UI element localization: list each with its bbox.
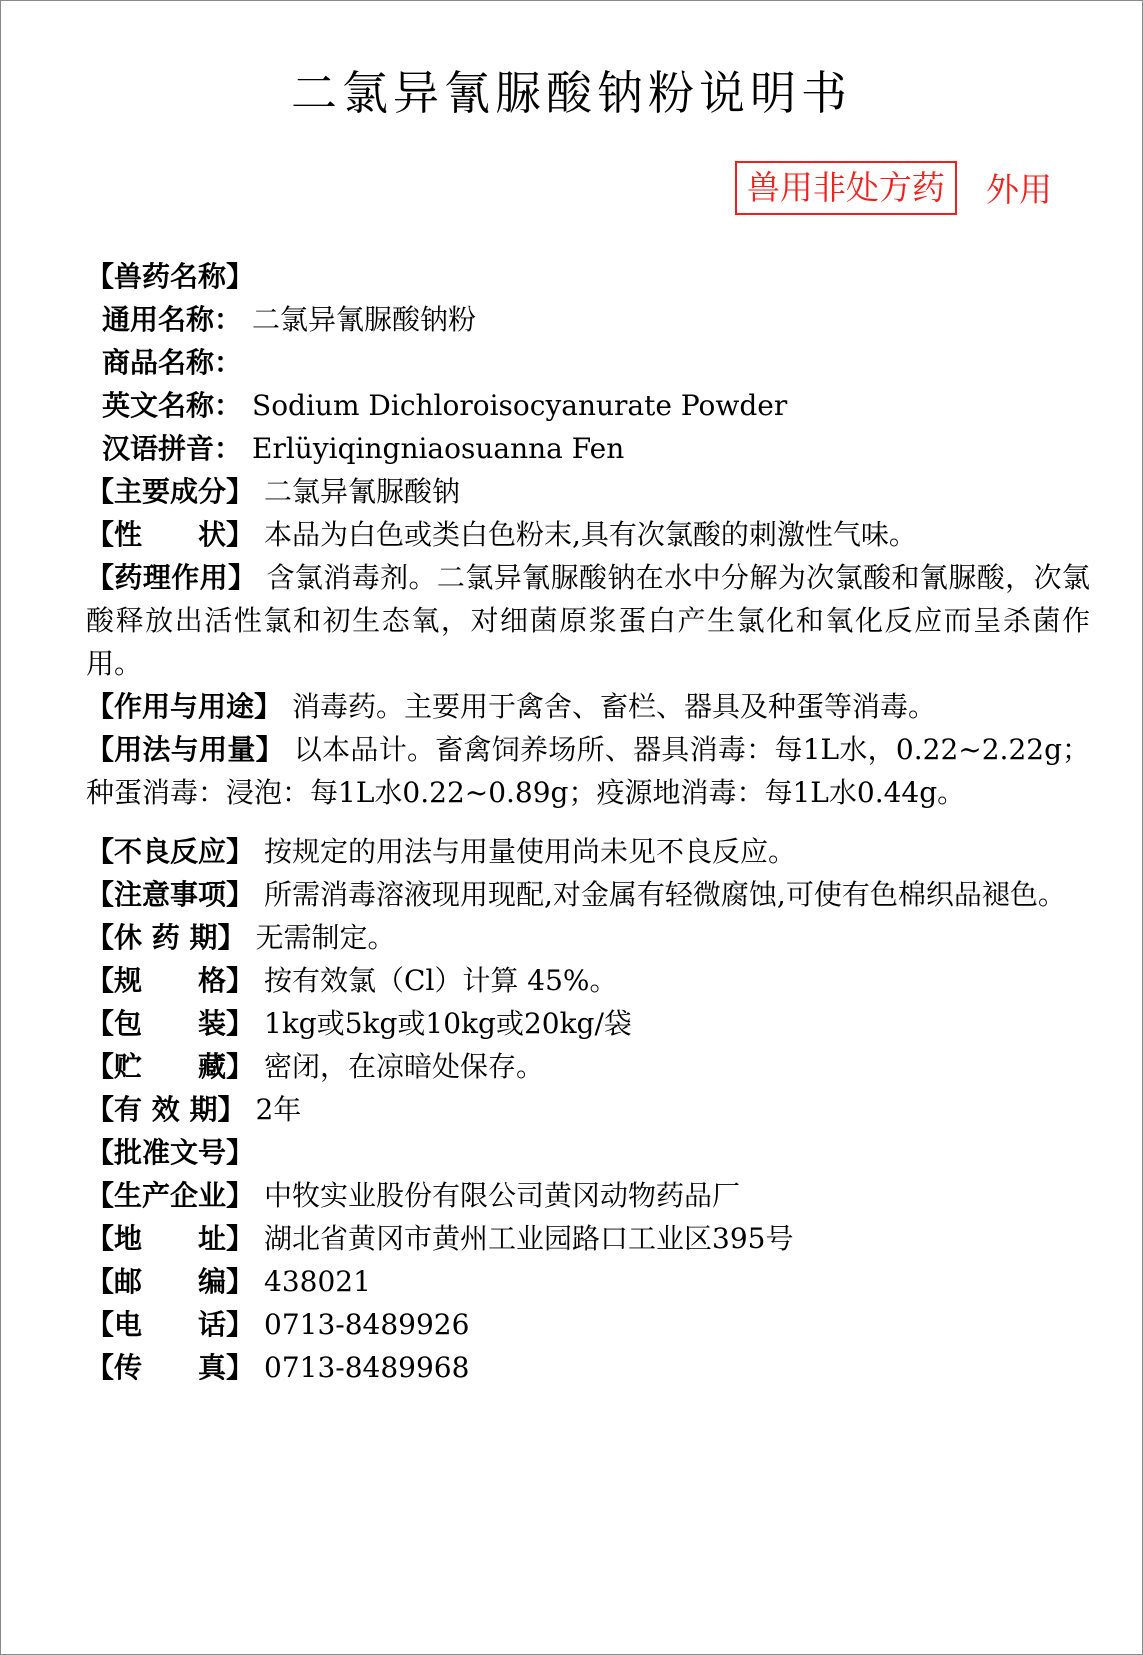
entry-label: 【批准文号】 bbox=[86, 1136, 254, 1169]
entry-row: 【注意事项】所需消毒溶液现用现配,对金属有轻微腐蚀,可使有色棉织品褪色。 bbox=[86, 873, 1090, 916]
entry-label: 【用法与用量】 bbox=[86, 733, 284, 766]
badge-row: 兽用非处方药 外用 bbox=[1, 161, 1142, 219]
entry-value: 1kg或5kg或10kg或20kg/袋 bbox=[264, 1007, 632, 1040]
entry-value: 2年 bbox=[256, 1093, 302, 1126]
entry-row: 【邮 编】438021 bbox=[86, 1260, 1090, 1303]
entry-label: 【地 址】 bbox=[86, 1222, 254, 1255]
entry-value: 按有效氯（Cl）计算 45%。 bbox=[264, 964, 618, 997]
entry-label: 【有 效 期】 bbox=[86, 1093, 246, 1126]
entry-row: 通用名称：二氯异氰脲酸钠粉 bbox=[86, 298, 1090, 341]
entry-value: 无需制定。 bbox=[256, 921, 396, 954]
entry-label: 【传 真】 bbox=[86, 1351, 254, 1384]
entry-row: 【休 药 期】无需制定。 bbox=[86, 916, 1090, 959]
entry-row: 【药理作用】含氯消毒剂。二氯异氰脲酸钠在水中分解为次氯酸和氰脲酸，次氯酸释放出活… bbox=[86, 556, 1090, 685]
entry-value: 本品为白色或类白色粉末,具有次氯酸的刺激性气味。 bbox=[264, 518, 917, 551]
entry-value: 438021 bbox=[264, 1265, 371, 1298]
entry-row: 【贮 藏】密闭，在凉暗处保存。 bbox=[86, 1045, 1090, 1088]
entry-list: 【兽药名称】 通用名称：二氯异氰脲酸钠粉 商品名称： 英文名称：Sodium D… bbox=[1, 219, 1142, 1389]
entry-row: 【生产企业】中牧实业股份有限公司黄冈动物药品厂 bbox=[86, 1174, 1090, 1217]
entry-label: 【注意事项】 bbox=[86, 878, 254, 911]
entry-value: 二氯异氰脲酸钠 bbox=[264, 475, 460, 508]
entry-label: 汉语拼音： bbox=[102, 432, 242, 465]
entry-value: 0713-8489968 bbox=[264, 1351, 469, 1384]
entry-row: 【批准文号】 bbox=[86, 1131, 1090, 1174]
entry-label: 英文名称： bbox=[102, 389, 242, 422]
entry-row: 【作用与用途】消毒药。主要用于禽舍、畜栏、器具及种蛋等消毒。 bbox=[86, 685, 1090, 728]
entry-row: 【用法与用量】以本品计。畜禽饲养场所、器具消毒：每1L水，0.22~2.22g；… bbox=[86, 728, 1090, 814]
entry-label: 【药理作用】 bbox=[86, 561, 256, 594]
entry-label: 【不良反应】 bbox=[86, 835, 254, 868]
entry-value: 0713-8489926 bbox=[264, 1308, 469, 1341]
entry-value: Sodium Dichloroisocyanurate Powder bbox=[252, 389, 787, 422]
entry-row: 【包 装】1kg或5kg或10kg或20kg/袋 bbox=[86, 1002, 1090, 1045]
entry-value: 二氯异氰脲酸钠粉 bbox=[252, 303, 476, 336]
entry-value: 中牧实业股份有限公司黄冈动物药品厂 bbox=[264, 1179, 740, 1212]
entry-row: 【有 效 期】2年 bbox=[86, 1088, 1090, 1131]
entry-label: 【主要成分】 bbox=[86, 475, 254, 508]
entry-row: 【传 真】0713-8489968 bbox=[86, 1346, 1090, 1389]
entry-label: 【作用与用途】 bbox=[86, 690, 282, 723]
entry-row: 【规 格】按有效氯（Cl）计算 45%。 bbox=[86, 959, 1090, 1002]
entry-label: 【包 装】 bbox=[86, 1007, 254, 1040]
entry-row: 英文名称：Sodium Dichloroisocyanurate Powder bbox=[86, 384, 1090, 427]
entry-label: 商品名称： bbox=[102, 346, 242, 379]
entry-row: 【性 状】本品为白色或类白色粉末,具有次氯酸的刺激性气味。 bbox=[86, 513, 1090, 556]
entry-row: 【主要成分】二氯异氰脲酸钠 bbox=[86, 470, 1090, 513]
entry-label: 【电 话】 bbox=[86, 1308, 254, 1341]
entry-label: 【生产企业】 bbox=[86, 1179, 254, 1212]
entry-row: 【地 址】湖北省黄冈市黄州工业园路口工业区395号 bbox=[86, 1217, 1090, 1260]
entry-row: 汉语拼音：Erlüyiqingniaosuanna Fen bbox=[86, 427, 1090, 470]
entry-label: 【性 状】 bbox=[86, 518, 254, 551]
entry-label: 【休 药 期】 bbox=[86, 921, 246, 954]
drug-instruction-sheet: 二氯异氰脲酸钠粉说明书 兽用非处方药 外用 【兽药名称】 通用名称：二氯异氰脲酸… bbox=[0, 0, 1143, 1655]
entry-value: 消毒药。主要用于禽舍、畜栏、器具及种蛋等消毒。 bbox=[292, 690, 936, 723]
otc-classification-badge: 兽用非处方药 bbox=[735, 161, 957, 215]
external-use-badge: 外用 bbox=[986, 164, 1052, 211]
page-title: 二氯异氰脲酸钠粉说明书 bbox=[1, 57, 1142, 123]
entry-label: 【邮 编】 bbox=[86, 1265, 254, 1298]
entry-row: 【不良反应】按规定的用法与用量使用尚未见不良反应。 bbox=[86, 830, 1090, 873]
entry-label: 【兽药名称】 bbox=[86, 260, 254, 293]
entry-label: 【贮 藏】 bbox=[86, 1050, 254, 1083]
entry-row: 商品名称： bbox=[86, 341, 1090, 384]
entry-value: 密闭，在凉暗处保存。 bbox=[264, 1050, 544, 1083]
entry-value: 按规定的用法与用量使用尚未见不良反应。 bbox=[264, 835, 796, 868]
entry-label: 通用名称： bbox=[102, 303, 242, 336]
entry-row: 【兽药名称】 bbox=[86, 255, 1090, 298]
entry-value: Erlüyiqingniaosuanna Fen bbox=[252, 432, 624, 465]
entry-row: 【电 话】0713-8489926 bbox=[86, 1303, 1090, 1346]
entry-value: 所需消毒溶液现用现配,对金属有轻微腐蚀,可使有色棉织品褪色。 bbox=[264, 878, 1066, 911]
entry-value: 湖北省黄冈市黄州工业园路口工业区395号 bbox=[264, 1222, 793, 1255]
entry-label: 【规 格】 bbox=[86, 964, 254, 997]
